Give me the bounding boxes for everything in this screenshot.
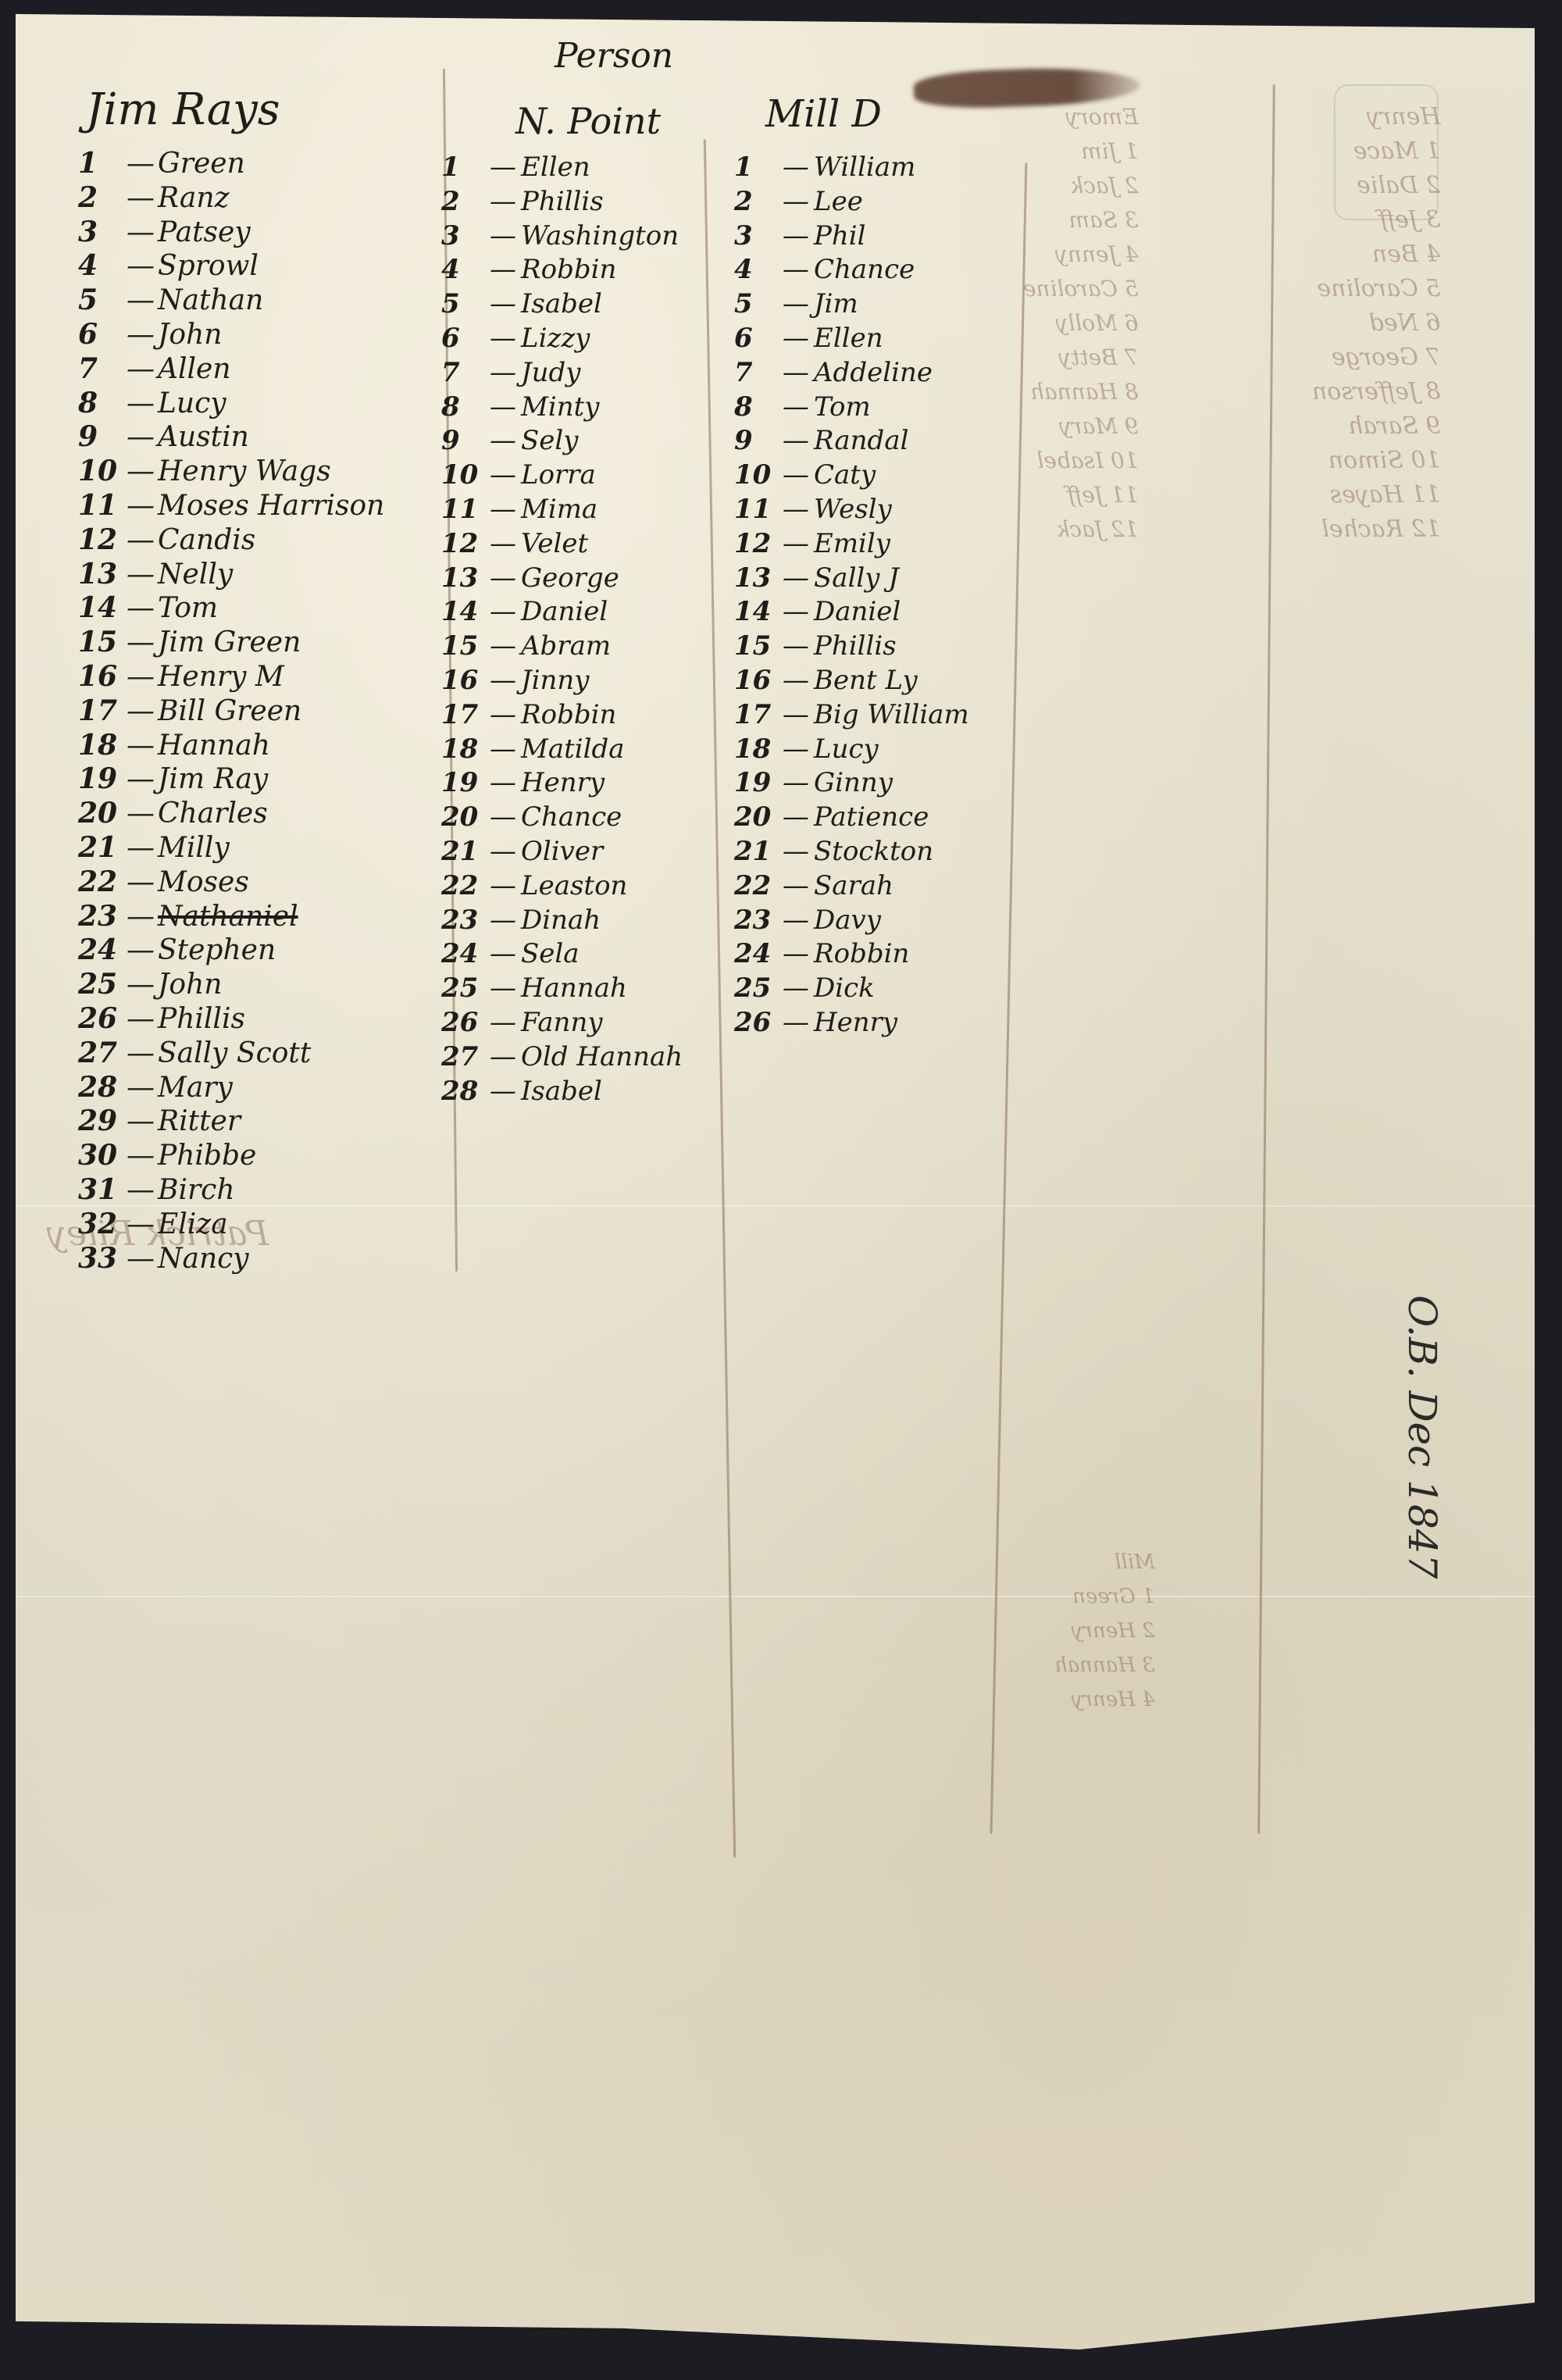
entry-name: Green — [158, 147, 245, 181]
entry-dash: — — [127, 1242, 158, 1276]
list-item: 15—Abram — [441, 630, 683, 664]
entry-number: 9 — [78, 420, 127, 455]
entry-dash: — — [490, 801, 521, 835]
list-item: 17—Robbin — [441, 698, 683, 733]
entry-dash: — — [783, 219, 814, 254]
column-heading-jim-rays: Jim Rays — [86, 84, 280, 135]
entry-number: 14 — [734, 595, 783, 630]
entry-number: 33 — [78, 1242, 127, 1276]
list-item: 32—Eliza — [78, 1208, 384, 1242]
entry-name: Robbin — [814, 937, 909, 972]
list-item: 27—Sally Scott — [78, 1037, 384, 1071]
entry-name: Hannah — [521, 972, 627, 1006]
entry-dash: — — [783, 835, 814, 869]
entry-name: Eliza — [158, 1208, 228, 1242]
list-item: 15—Phillis — [734, 630, 969, 664]
list-item: 3—Patsey — [78, 216, 384, 250]
entry-name: Phillis — [521, 185, 604, 219]
entry-name: Nancy — [158, 1242, 249, 1276]
entry-number: 10 — [78, 455, 127, 489]
entry-name: Lorra — [521, 459, 596, 493]
entry-name: Moses — [158, 865, 249, 900]
entry-name: Dick — [814, 972, 875, 1006]
entry-name: Hannah — [158, 729, 270, 763]
entry-dash: — — [783, 185, 814, 219]
entry-number: 11 — [734, 493, 783, 527]
entry-name: Nelly — [158, 558, 233, 592]
entry-number: 14 — [78, 591, 127, 626]
list-item: 25—John — [78, 968, 384, 1002]
entry-dash: — — [127, 729, 158, 763]
list-item: 22—Sarah — [734, 869, 969, 904]
entry-number: 20 — [441, 801, 490, 835]
entry-name: Mima — [521, 493, 597, 527]
entry-dash: — — [783, 562, 814, 596]
entry-dash: — — [783, 356, 814, 391]
entry-dash: — — [127, 1037, 158, 1071]
entry-number: 4 — [441, 253, 490, 287]
entry-number: 16 — [78, 660, 127, 694]
entry-name: Davy — [814, 904, 881, 938]
list-item: 26—Phillis — [78, 1002, 384, 1037]
list-item: 19—Henry — [441, 766, 683, 801]
entry-name: Daniel — [814, 595, 900, 630]
entry-dash: — — [783, 253, 814, 287]
list-item: 14—Daniel — [441, 595, 683, 630]
entry-name: Sprowl — [158, 249, 259, 284]
column-mill: 1—William2—Lee3—Phil4—Chance5—Jim6—Ellen… — [734, 151, 969, 1040]
list-item: 24—Stephen — [78, 933, 384, 968]
list-item: 29—Ritter — [78, 1104, 384, 1139]
entry-dash: — — [127, 865, 158, 900]
entry-dash: — — [783, 1006, 814, 1040]
entry-name: Judy — [521, 356, 581, 391]
entry-number: 15 — [734, 630, 783, 664]
entry-number: 3 — [441, 219, 490, 254]
entry-dash: — — [783, 595, 814, 630]
entry-number: 17 — [441, 698, 490, 733]
list-item: 19—Ginny — [734, 766, 969, 801]
list-item: 28—Isabel — [441, 1075, 683, 1109]
entry-dash: — — [127, 216, 158, 250]
entry-name: Henry — [521, 766, 604, 801]
entry-name: Stockton — [814, 835, 933, 869]
entry-name: Henry — [814, 1006, 897, 1040]
list-item: 2—Ranz — [78, 181, 384, 216]
entry-dash: — — [127, 968, 158, 1002]
list-item: 22—Leaston — [441, 869, 683, 904]
entry-dash: — — [490, 664, 521, 698]
entry-name: Fanny — [521, 1006, 603, 1040]
column-divider — [704, 139, 736, 1857]
entry-name: Jim Ray — [158, 762, 268, 797]
fold-crease — [16, 1596, 1535, 1597]
entry-number: 5 — [734, 287, 783, 322]
entry-dash: — — [127, 694, 158, 729]
entry-dash: — — [490, 904, 521, 938]
entry-number: 5 — [78, 284, 127, 318]
entry-dash: — — [783, 322, 814, 356]
entry-number: 23 — [734, 904, 783, 938]
entry-number: 10 — [441, 459, 490, 493]
entry-dash: — — [490, 322, 521, 356]
entry-dash: — — [127, 626, 158, 660]
entry-dash: — — [490, 527, 521, 562]
entry-number: 23 — [78, 900, 127, 934]
entry-name: Sela — [521, 937, 580, 972]
entry-number: 11 — [78, 489, 127, 523]
entry-number: 1 — [78, 147, 127, 181]
entry-dash: — — [127, 387, 158, 421]
entry-dash: — — [783, 733, 814, 767]
document-page: Henry 1 Mace 2 Dalie 3 Jeff 4 Ben 5 Caro… — [16, 14, 1535, 2361]
entry-number: 27 — [78, 1037, 127, 1071]
entry-number: 21 — [734, 835, 783, 869]
entry-name: Wesly — [814, 493, 892, 527]
list-item: 14—Daniel — [734, 595, 969, 630]
list-item: 25—Dick — [734, 972, 969, 1006]
entry-dash: — — [127, 489, 158, 523]
list-item: 30—Phibbe — [78, 1139, 384, 1173]
entry-name: Candis — [158, 523, 255, 558]
list-item: 17—Big William — [734, 698, 969, 733]
list-item: 1—Ellen — [441, 151, 683, 185]
entry-dash: — — [490, 835, 521, 869]
entry-number: 2 — [441, 185, 490, 219]
list-item: 10—Caty — [734, 459, 969, 493]
entry-dash: — — [127, 1002, 158, 1037]
bleed-through-middle-right: Emory 1 Jim 2 Jack 3 Sam 4 Jenny 5 Carol… — [1023, 100, 1139, 547]
list-item: 20—Chance — [441, 801, 683, 835]
entry-name: Chance — [814, 253, 915, 287]
list-item: 2—Lee — [734, 185, 969, 219]
entry-dash: — — [783, 904, 814, 938]
entry-name: Patsey — [158, 216, 251, 250]
bleed-through-mill-lower: Mill 1 Green 2 Henry 3 Hannah 4 Henry — [1054, 1545, 1155, 1717]
list-item: 3—Washington — [441, 219, 683, 254]
entry-number: 3 — [734, 219, 783, 254]
entry-number: 31 — [78, 1173, 127, 1208]
entry-name: Velet — [521, 527, 588, 562]
entry-number: 18 — [78, 729, 127, 763]
entry-dash: — — [490, 287, 521, 322]
endorsement-note: O.B. Dec 1847 — [1400, 1295, 1445, 1579]
entry-name: John — [158, 318, 222, 352]
list-item: 1—William — [734, 151, 969, 185]
column-n-point: 1—Ellen2—Phillis3—Washington4—Robbin5—Is… — [441, 151, 683, 1108]
entry-number: 1 — [441, 151, 490, 185]
list-item: 10—Henry Wags — [78, 455, 384, 489]
entry-number: 22 — [441, 869, 490, 904]
entry-dash: — — [490, 1006, 521, 1040]
entry-name: Mary — [158, 1071, 233, 1105]
list-item: 12—Candis — [78, 523, 384, 558]
entry-name: Washington — [521, 219, 679, 254]
list-item: 8—Minty — [441, 391, 683, 425]
entry-name: Birch — [158, 1173, 235, 1208]
entry-name: Isabel — [521, 287, 602, 322]
entry-number: 30 — [78, 1139, 127, 1173]
list-item: 18—Matilda — [441, 733, 683, 767]
entry-dash: — — [490, 459, 521, 493]
entry-name: Charles — [158, 797, 268, 831]
entry-name: Robbin — [521, 253, 616, 287]
entry-dash: — — [127, 660, 158, 694]
column-divider — [1257, 84, 1275, 1834]
entry-dash: — — [127, 1071, 158, 1105]
list-item: 23—Davy — [734, 904, 969, 938]
entry-number: 12 — [734, 527, 783, 562]
list-item: 20—Charles — [78, 797, 384, 831]
list-item: 7—Judy — [441, 356, 683, 391]
list-item: 33—Nancy — [78, 1242, 384, 1276]
entry-number: 24 — [441, 937, 490, 972]
entry-name: Moses Harrison — [158, 489, 384, 523]
entry-dash: — — [127, 181, 158, 216]
entry-number: 13 — [441, 562, 490, 596]
list-item: 26—Fanny — [441, 1006, 683, 1040]
entry-dash: — — [127, 900, 158, 934]
entry-dash: — — [490, 972, 521, 1006]
entry-dash: — — [490, 493, 521, 527]
list-item: 8—Lucy — [78, 387, 384, 421]
entry-name: Abram — [521, 630, 611, 664]
entry-number: 18 — [734, 733, 783, 767]
entry-dash: — — [127, 797, 158, 831]
entry-name: Addeline — [814, 356, 933, 391]
entry-name: Austin — [158, 420, 249, 455]
entry-number: 8 — [734, 391, 783, 425]
entry-name: Leaston — [521, 869, 627, 904]
entry-number: 21 — [441, 835, 490, 869]
entry-number: 7 — [734, 356, 783, 391]
entry-name: Jim — [814, 287, 858, 322]
list-item: 3—Phil — [734, 219, 969, 254]
entry-dash: — — [490, 391, 521, 425]
list-item: 2—Phillis — [441, 185, 683, 219]
entry-name: Ginny — [814, 766, 893, 801]
entry-name: Patience — [814, 801, 929, 835]
entry-number: 8 — [441, 391, 490, 425]
list-item: 22—Moses — [78, 865, 384, 900]
entry-number: 19 — [734, 766, 783, 801]
list-item: 23—Dinah — [441, 904, 683, 938]
list-item: 7—Allen — [78, 352, 384, 387]
entry-number: 3 — [78, 216, 127, 250]
list-item: 12—Velet — [441, 527, 683, 562]
entry-dash: — — [127, 318, 158, 352]
entry-dash: — — [490, 562, 521, 596]
entry-name: Sarah — [814, 869, 893, 904]
entry-number: 20 — [734, 801, 783, 835]
entry-number: 7 — [441, 356, 490, 391]
list-item: 12—Emily — [734, 527, 969, 562]
entry-dash: — — [490, 151, 521, 185]
entry-number: 18 — [441, 733, 490, 767]
entry-dash: — — [127, 762, 158, 797]
entry-dash: — — [783, 698, 814, 733]
list-item: 21—Milly — [78, 831, 384, 865]
bleed-through-right-upper: Henry 1 Mace 2 Dalie 3 Jeff 4 Ben 5 Caro… — [1312, 100, 1441, 547]
entry-name: Phillis — [814, 630, 897, 664]
list-item: 21—Oliver — [441, 835, 683, 869]
list-item: 13—Sally J — [734, 562, 969, 596]
list-item: 11—Wesly — [734, 493, 969, 527]
entry-dash: — — [127, 591, 158, 626]
entry-number: 25 — [441, 972, 490, 1006]
entry-name: Tom — [158, 591, 218, 626]
entry-name: Lizzy — [521, 322, 590, 356]
list-item: 24—Robbin — [734, 937, 969, 972]
entry-dash: — — [783, 801, 814, 835]
list-item: 1—Green — [78, 147, 384, 181]
entry-name: Dinah — [521, 904, 601, 938]
entry-number: 13 — [734, 562, 783, 596]
entry-number: 5 — [441, 287, 490, 322]
entry-name: Randal — [814, 424, 908, 459]
entry-dash: — — [490, 219, 521, 254]
entry-number: 25 — [78, 968, 127, 1002]
entry-dash: — — [127, 284, 158, 318]
entry-number: 13 — [78, 558, 127, 592]
list-item: 23—Nathaniel — [78, 900, 384, 934]
entry-name: Allen — [158, 352, 231, 387]
entry-name: Nathaniel — [158, 900, 298, 934]
entry-name: John — [158, 968, 222, 1002]
entry-number: 2 — [734, 185, 783, 219]
entry-number: 16 — [441, 664, 490, 698]
list-item: 16—Henry M — [78, 660, 384, 694]
entry-dash: — — [783, 459, 814, 493]
list-item: 11—Mima — [441, 493, 683, 527]
entry-name: Minty — [521, 391, 599, 425]
entry-name: Sely — [521, 424, 579, 459]
entry-name: Robbin — [521, 698, 616, 733]
list-item: 24—Sela — [441, 937, 683, 972]
entry-dash: — — [490, 424, 521, 459]
entry-dash: — — [127, 933, 158, 968]
entry-dash: — — [127, 1139, 158, 1173]
list-item: 20—Patience — [734, 801, 969, 835]
entry-name: Phillis — [158, 1002, 245, 1037]
entry-name: Lee — [814, 185, 863, 219]
entry-dash: — — [127, 249, 158, 284]
entry-name: Bent Ly — [814, 664, 918, 698]
list-item: 19—Jim Ray — [78, 762, 384, 797]
entry-dash: — — [783, 527, 814, 562]
list-item: 14—Tom — [78, 591, 384, 626]
entry-number: 6 — [78, 318, 127, 352]
entry-name: Isabel — [521, 1075, 602, 1109]
entry-dash: — — [490, 595, 521, 630]
list-item: 27—Old Hannah — [441, 1040, 683, 1075]
entry-dash: — — [127, 558, 158, 592]
entry-dash: — — [783, 869, 814, 904]
list-item: 13—George — [441, 562, 683, 596]
entry-name: Henry M — [158, 660, 284, 694]
entry-dash: — — [490, 937, 521, 972]
entry-name: Big William — [814, 698, 969, 733]
entry-number: 1 — [734, 151, 783, 185]
entry-dash: — — [490, 1075, 521, 1109]
entry-name: Bill Green — [158, 694, 301, 729]
list-item: 6—Lizzy — [441, 322, 683, 356]
entry-name: Phibbe — [158, 1139, 256, 1173]
list-item: 16—Jinny — [441, 664, 683, 698]
entry-name: Ranz — [158, 181, 230, 216]
entry-number: 12 — [441, 527, 490, 562]
entry-name: Jinny — [521, 664, 590, 698]
entry-dash: — — [127, 1208, 158, 1242]
entry-dash: — — [490, 1040, 521, 1075]
entry-number: 32 — [78, 1208, 127, 1242]
entry-name: Phil — [814, 219, 866, 254]
list-item: 5—Isabel — [441, 287, 683, 322]
entry-number: 20 — [78, 797, 127, 831]
entry-number: 6 — [734, 322, 783, 356]
list-item: 10—Lorra — [441, 459, 683, 493]
entry-dash: — — [127, 831, 158, 865]
entry-name: Chance — [521, 801, 622, 835]
entry-name: George — [521, 562, 619, 596]
list-item: 8—Tom — [734, 391, 969, 425]
list-item: 26—Henry — [734, 1006, 969, 1040]
entry-name: Henry Wags — [158, 455, 331, 489]
entry-number: 15 — [78, 626, 127, 660]
entry-name: Oliver — [521, 835, 603, 869]
column-divider — [990, 162, 1028, 1834]
entry-number: 28 — [78, 1071, 127, 1105]
entry-number: 6 — [441, 322, 490, 356]
entry-name: Daniel — [521, 595, 608, 630]
list-item: 21—Stockton — [734, 835, 969, 869]
entry-number: 26 — [734, 1006, 783, 1040]
entry-number: 19 — [441, 766, 490, 801]
entry-number: 24 — [734, 937, 783, 972]
entry-dash: — — [783, 937, 814, 972]
list-item: 18—Lucy — [734, 733, 969, 767]
entry-name: Matilda — [521, 733, 625, 767]
entry-name: Sally Scott — [158, 1037, 311, 1071]
entry-number: 11 — [441, 493, 490, 527]
entry-number: 9 — [441, 424, 490, 459]
list-item: 6—John — [78, 318, 384, 352]
list-item: 4—Robbin — [441, 253, 683, 287]
list-item: 18—Hannah — [78, 729, 384, 763]
entry-name: Emily — [814, 527, 890, 562]
list-item: 16—Bent Ly — [734, 664, 969, 698]
entry-dash: — — [490, 630, 521, 664]
entry-number: 24 — [78, 933, 127, 968]
entry-number: 8 — [78, 387, 127, 421]
entry-dash: — — [490, 733, 521, 767]
entry-name: Tom — [814, 391, 871, 425]
entry-dash: — — [783, 151, 814, 185]
entry-dash: — — [783, 630, 814, 664]
entry-dash: — — [783, 424, 814, 459]
list-item: 4—Sprowl — [78, 249, 384, 284]
entry-dash: — — [490, 766, 521, 801]
list-item: 5—Jim — [734, 287, 969, 322]
entry-number: 27 — [441, 1040, 490, 1075]
entry-dash: — — [783, 766, 814, 801]
entry-name: Old Hannah — [521, 1040, 683, 1075]
entry-name: William — [814, 151, 915, 185]
entry-dash: — — [490, 869, 521, 904]
entry-dash: — — [127, 1104, 158, 1139]
entry-dash: — — [490, 356, 521, 391]
entry-number: 22 — [78, 865, 127, 900]
